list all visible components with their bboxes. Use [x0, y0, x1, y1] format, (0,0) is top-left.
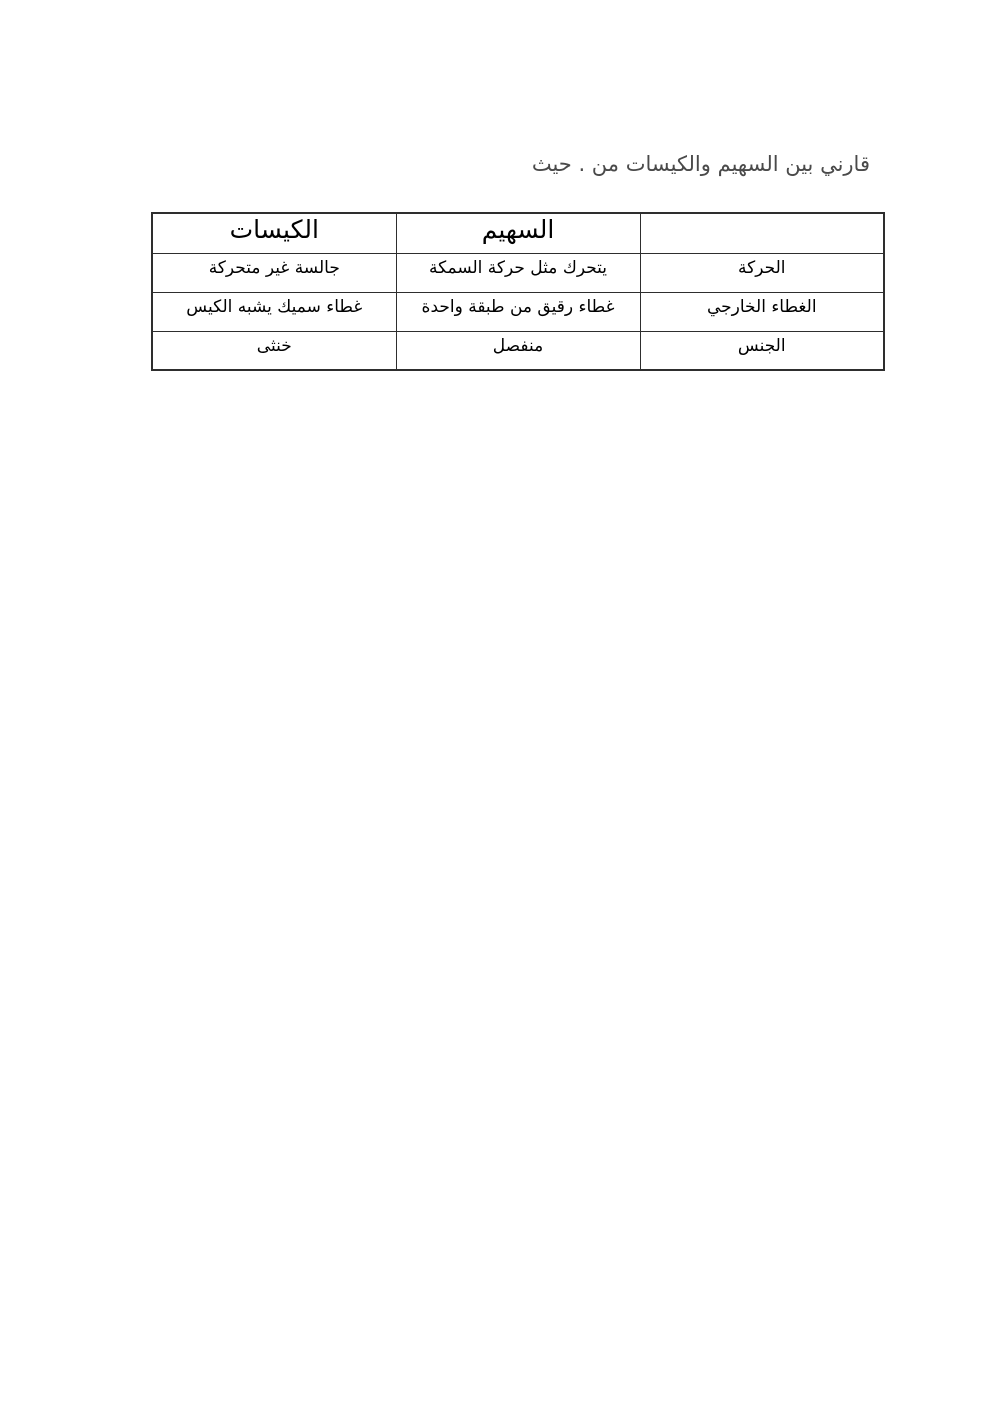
comparison-table: السهيم الكيسات الحركة يتحرك مثل حركة الس…: [151, 212, 885, 371]
document-title: قارني بين السهيم والكيسات من . حيث: [470, 150, 870, 178]
table-row-outer-cover: الغطاء الخارجي غطاء رقيق من طبقة واحدة غ…: [152, 292, 884, 331]
header-cell-sahim: السهيم: [396, 213, 640, 253]
sahim-value-cell: منفصل: [396, 331, 640, 370]
table-row-movement: الحركة يتحرك مثل حركة السمكة جالسة غير م…: [152, 253, 884, 292]
kisat-value-cell: خنثى: [152, 331, 396, 370]
table-row-sex: الجنس منفصل خنثى: [152, 331, 884, 370]
document-page: قارني بين السهيم والكيسات من . حيث السهي…: [0, 0, 992, 1403]
kisat-value-cell: غطاء سميك يشبه الكيس: [152, 292, 396, 331]
header-cell-category: [640, 213, 884, 253]
header-cell-kisat: الكيسات: [152, 213, 396, 253]
table-header-row: السهيم الكيسات: [152, 213, 884, 253]
sahim-value-cell: يتحرك مثل حركة السمكة: [396, 253, 640, 292]
row-label-cell: الغطاء الخارجي: [640, 292, 884, 331]
row-label-cell: الجنس: [640, 331, 884, 370]
sahim-value-cell: غطاء رقيق من طبقة واحدة: [396, 292, 640, 331]
kisat-value-cell: جالسة غير متحركة: [152, 253, 396, 292]
row-label-cell: الحركة: [640, 253, 884, 292]
